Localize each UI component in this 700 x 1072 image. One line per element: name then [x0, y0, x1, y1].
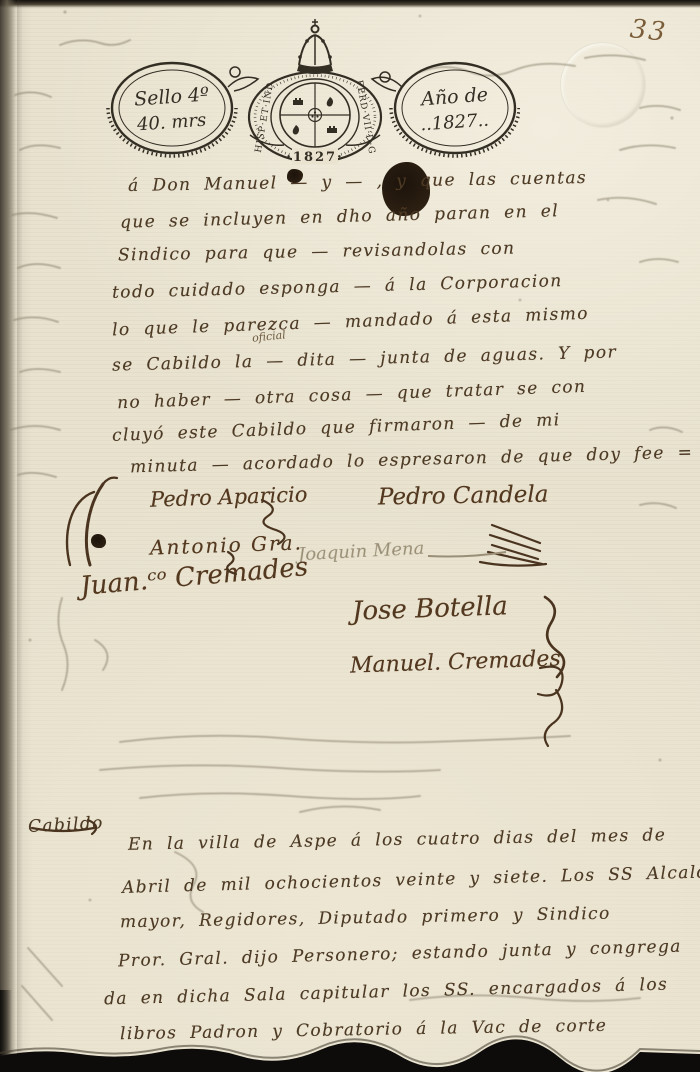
body-line: lo que le parezca — mandado á esta mismo	[112, 304, 589, 341]
body-interline-word: oficial	[251, 328, 286, 344]
body-line: se Cabildo la — dita — junta de aguas. Y…	[112, 342, 617, 375]
body-line: Sindico para que — revisandolas con	[118, 239, 516, 266]
scanned-document: Sello 4º 40. mrs Año de ..1827.. HISP·ET…	[0, 0, 700, 1072]
body-line: no haber — otra cosa — que tratar se con	[117, 377, 587, 413]
body-line: todo cuidado esponga — á la Corporacion	[112, 271, 563, 303]
body-line: cluyó este Cabildo que firmaron — de mi	[112, 410, 561, 446]
page-bottom-edge	[0, 1030, 700, 1072]
closing-line: Pror. Gral. dijo Personero; estando junt…	[118, 937, 682, 972]
handwriting-layer: 33 á Don Manuel — y — , y que las cuenta…	[0, 0, 700, 1072]
signature-pedro-candela: Pedro Candela	[378, 482, 549, 511]
margin-note-cabildo: Cabildo	[28, 813, 105, 837]
closing-line: Abril de mil ochocientos veinte y siete.…	[122, 862, 700, 898]
signature-manuel-cremades: Manuel. Cremades	[350, 646, 562, 678]
body-line: que se incluyen en dho año paran en el	[120, 201, 560, 232]
signature-joaquin-mena: Joaquin Mena	[298, 538, 425, 566]
page-number: 33	[629, 14, 669, 48]
body-line: á Don Manuel — y — , y que las cuentas	[128, 168, 587, 196]
signature-juan-cremades: Juan.ᶜᵒ Cremades	[79, 552, 309, 602]
signature-pedro-aparicio: Pedro Aparicio	[150, 482, 308, 511]
closing-line: mayor, Regidores, Diputado primero y Sin…	[120, 904, 611, 933]
closing-line: En la villa de Aspe á los cuatro dias de…	[128, 825, 667, 854]
closing-line: da en dicha Sala capitular los SS. encar…	[104, 975, 669, 1010]
body-line: minuta — acordado lo espresaron de que d…	[130, 443, 694, 478]
signature-jose-botella: Jose Botella	[352, 591, 509, 626]
